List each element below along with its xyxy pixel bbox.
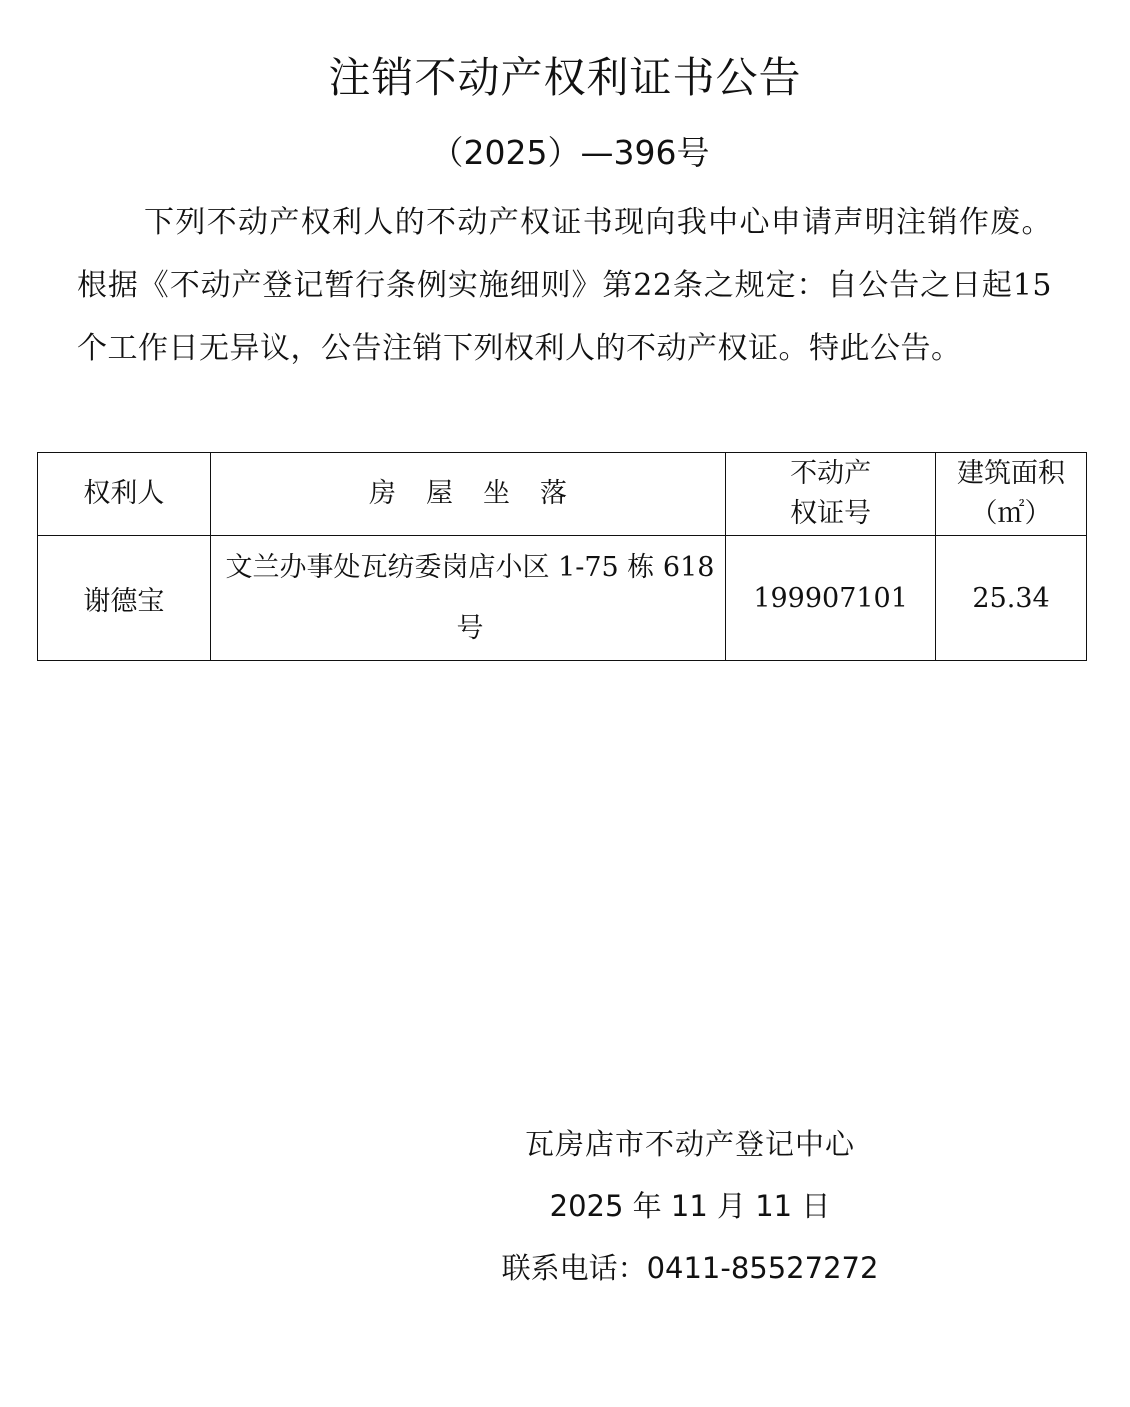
header-location: 房屋坐落 [210, 453, 725, 536]
cell-cert-number: 199907101 [726, 536, 936, 661]
header-area-line2: （㎡） [936, 494, 1086, 534]
signature-block: 瓦房店市不动产登记中心 2025 年 11 月 11 日 联系电话：0411-8… [470, 1113, 910, 1299]
cell-location: 文兰办事处瓦纺委岗店小区 1-75 栋 618 号 [210, 536, 725, 661]
issuing-organization: 瓦房店市不动产登记中心 [470, 1113, 910, 1175]
page-title: 注销不动产权利证书公告 [0, 48, 1130, 108]
table-header-row: 权利人 房屋坐落 不动产 权证号 建筑面积 （㎡） [38, 453, 1087, 536]
contact-phone: 联系电话：0411-85527272 [470, 1237, 910, 1299]
header-area: 建筑面积 （㎡） [936, 453, 1087, 536]
body-paragraph: 下列不动产权利人的不动产权证书现向我中心申请声明注销作废。根据《不动产登记暂行条… [77, 191, 1052, 380]
document-number: （2025）—396号 [0, 128, 1130, 178]
header-cert-number-line2: 权证号 [726, 494, 935, 534]
cell-holder: 谢德宝 [38, 536, 211, 661]
issue-date: 2025 年 11 月 11 日 [470, 1175, 910, 1237]
header-area-line1: 建筑面积 [936, 454, 1086, 494]
header-cert-number: 不动产 权证号 [726, 453, 936, 536]
header-location-label: 房屋坐落 [339, 478, 597, 509]
records-table: 权利人 房屋坐落 不动产 权证号 建筑面积 （㎡） 谢德宝 文兰办事处瓦纺委岗店… [37, 452, 1087, 661]
cell-area: 25.34 [936, 536, 1087, 661]
table-row: 谢德宝 文兰办事处瓦纺委岗店小区 1-75 栋 618 号 199907101 … [38, 536, 1087, 661]
header-cert-number-line1: 不动产 [726, 454, 935, 494]
header-holder: 权利人 [38, 453, 211, 536]
